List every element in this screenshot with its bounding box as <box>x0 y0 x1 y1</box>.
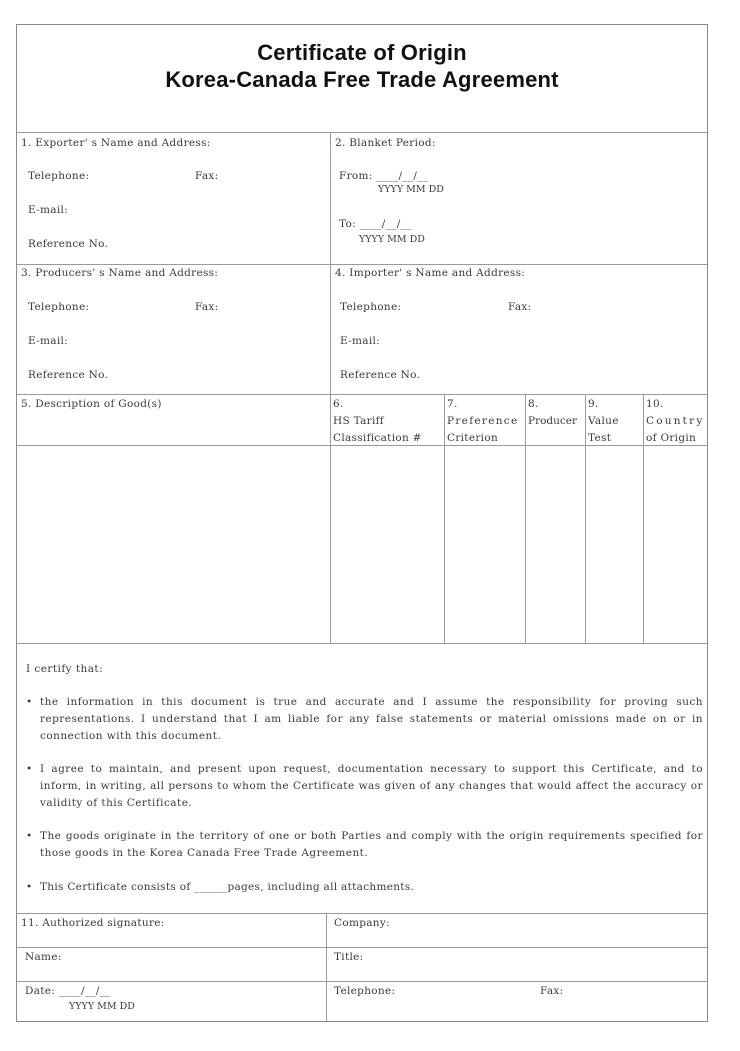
importer-reference-field[interactable]: Reference No. <box>340 368 420 382</box>
country-of-origin-cell[interactable] <box>644 446 707 643</box>
bullet-icon: • <box>26 694 33 711</box>
blanket-to-format: YYYY MM DD <box>359 233 425 247</box>
preference-criterion-cell[interactable] <box>445 446 525 643</box>
column-number: 9. <box>588 397 599 411</box>
value-test-cell[interactable] <box>586 446 643 643</box>
producer-cell[interactable] <box>526 446 585 643</box>
divider <box>326 913 327 1021</box>
column-number: 10. <box>646 397 664 411</box>
column-number: 7. <box>447 397 458 411</box>
divider <box>17 947 707 948</box>
divider <box>330 132 331 466</box>
exporter-label: 1. Exporter' s Name and Address: <box>21 136 211 150</box>
producer-reference-field[interactable]: Reference No. <box>28 368 108 382</box>
column-number: 6. <box>333 397 344 411</box>
producer-fax-field[interactable]: Fax: <box>195 300 219 314</box>
hs-tariff-cell[interactable] <box>331 446 444 643</box>
title-field[interactable]: Title: <box>334 950 364 964</box>
bullet-icon: • <box>26 879 33 896</box>
signature-telephone-field[interactable]: Telephone: <box>334 984 395 998</box>
divider <box>17 132 707 133</box>
column-label: Country <box>646 414 704 428</box>
bullet-icon: • <box>26 828 33 845</box>
certify-item-text: the information in this document is true… <box>40 694 703 745</box>
column-label: Producer <box>528 414 577 428</box>
certificate-form: Certificate of Origin Korea-Canada Free … <box>16 24 708 1022</box>
certify-intro: I certify that: <box>26 661 703 678</box>
column-label: Preference <box>447 414 519 428</box>
bullet-icon: • <box>26 761 33 778</box>
divider <box>17 643 707 644</box>
column-label: Test <box>588 431 611 445</box>
importer-fax-field[interactable]: Fax: <box>508 300 532 314</box>
exporter-fax-field[interactable]: Fax: <box>195 169 219 183</box>
company-field[interactable]: Company: <box>334 916 390 930</box>
date-format: YYYY MM DD <box>69 1000 135 1014</box>
certify-item-text: The goods originate in the territory of … <box>40 828 703 862</box>
exporter-email-field[interactable]: E-mail: <box>28 203 68 217</box>
column-number: 8. <box>528 397 539 411</box>
form-title: Certificate of Origin <box>17 39 707 67</box>
producer-telephone-field[interactable]: Telephone: <box>28 300 89 314</box>
exporter-telephone-field[interactable]: Telephone: <box>28 169 89 183</box>
certify-item: • The goods originate in the territory o… <box>26 828 703 862</box>
column-label: HS Tariff <box>333 414 384 428</box>
blanket-from-date-field[interactable]: From: ____/__/__ <box>339 169 428 183</box>
column-label: Value <box>588 414 619 428</box>
date-field[interactable]: Date: ____/__/__ <box>25 984 111 998</box>
certify-item-text: This Certificate consists of ______pages… <box>40 879 703 896</box>
column-label: of Origin <box>646 431 696 445</box>
goods-column-description: 5. Description of Good(s) <box>21 397 162 411</box>
certify-item: • I agree to maintain, and present upon … <box>26 761 703 812</box>
importer-email-field[interactable]: E-mail: <box>340 334 380 348</box>
signature-fax-field[interactable]: Fax: <box>540 984 564 998</box>
goods-description-cell[interactable] <box>17 446 330 643</box>
name-field[interactable]: Name: <box>25 950 62 964</box>
divider <box>17 264 707 265</box>
certify-item: • This Certificate consists of ______pag… <box>26 879 703 896</box>
importer-label: 4. Importer' s Name and Address: <box>335 266 525 280</box>
divider <box>17 981 707 982</box>
producer-email-field[interactable]: E-mail: <box>28 334 68 348</box>
certify-item-text: I agree to maintain, and present upon re… <box>40 761 703 812</box>
divider <box>17 394 707 395</box>
column-label: Classification # <box>333 431 422 445</box>
blanket-from-format: YYYY MM DD <box>378 183 444 197</box>
certify-item: • the information in this document is tr… <box>26 694 703 745</box>
divider <box>17 913 707 914</box>
column-label: Criterion <box>447 431 498 445</box>
importer-telephone-field[interactable]: Telephone: <box>340 300 401 314</box>
blanket-period-label: 2. Blanket Period: <box>335 136 436 150</box>
exporter-reference-field[interactable]: Reference No. <box>28 237 108 251</box>
authorized-signature-field[interactable]: 11. Authorized signature: <box>21 916 165 930</box>
producer-label: 3. Producers' s Name and Address: <box>21 266 218 280</box>
blanket-to-date-field[interactable]: To: ____/__/__ <box>339 217 412 231</box>
form-subtitle: Korea-Canada Free Trade Agreement <box>17 66 707 94</box>
